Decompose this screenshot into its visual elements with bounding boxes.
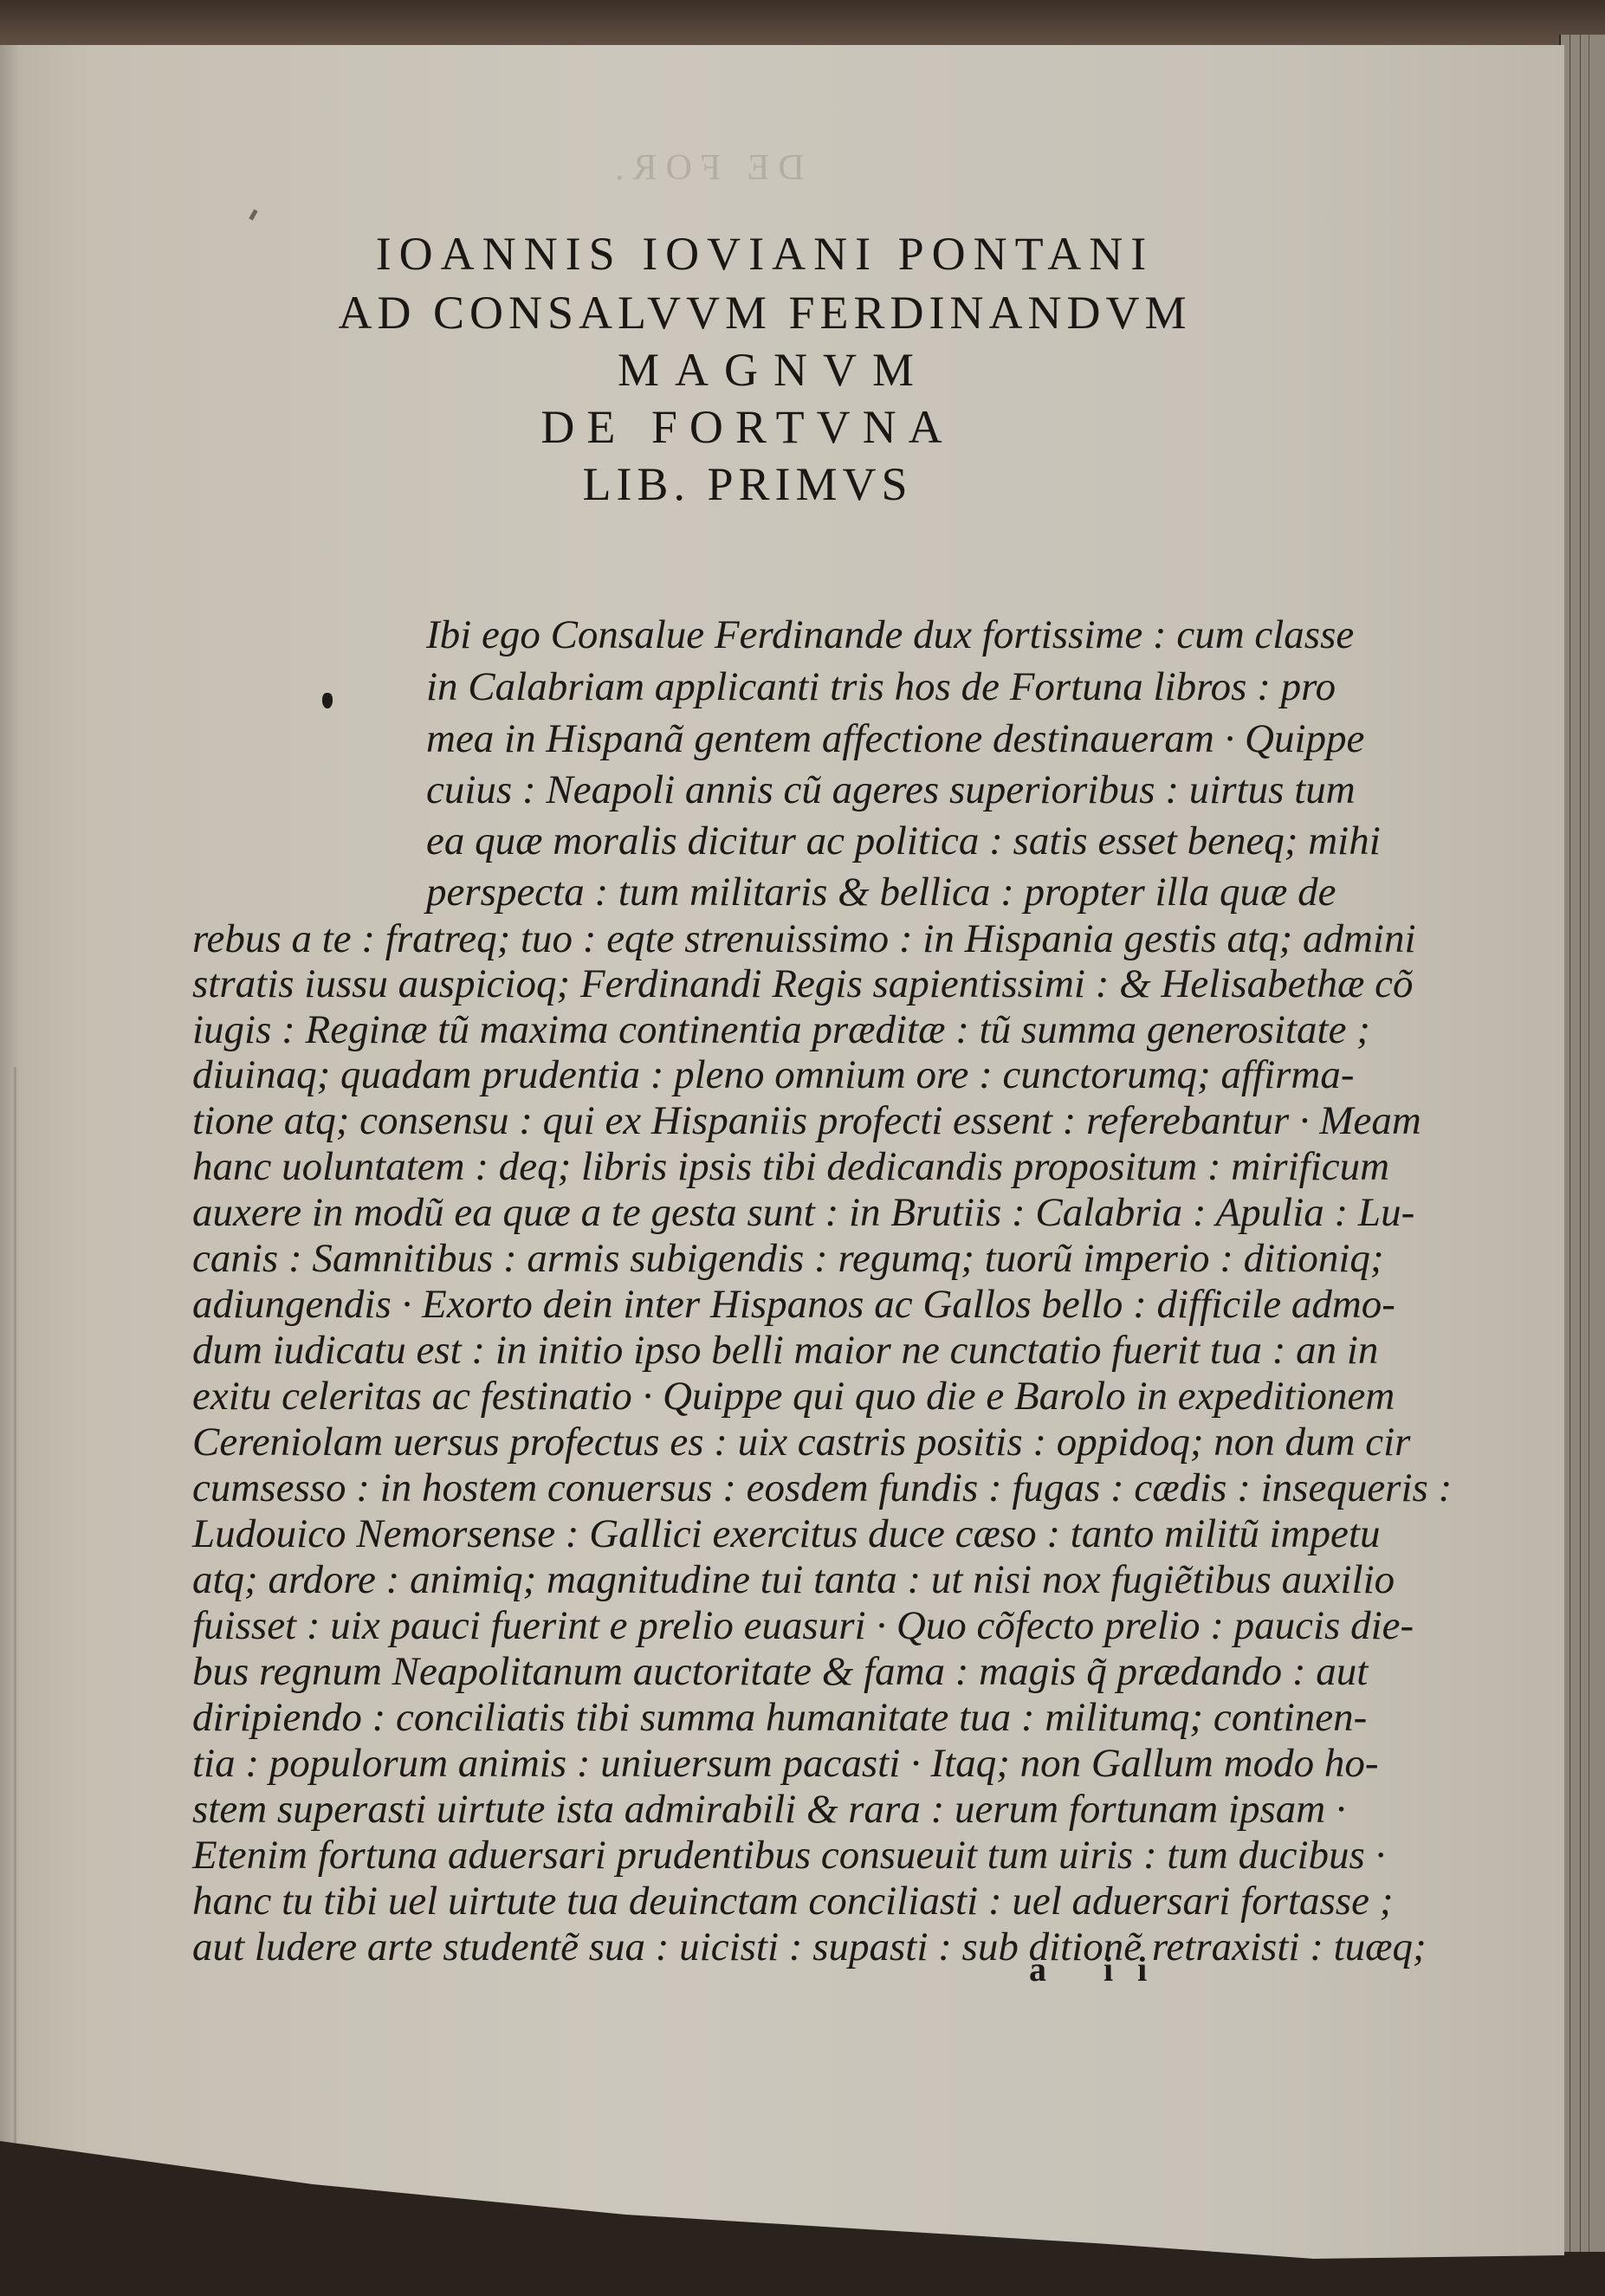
body-line: diuinaq; quadam prudentia : pleno omnium… (192, 1051, 1210, 1098)
body-line: fuisset : uix pauci fuerint e prelio eua… (192, 1602, 1210, 1649)
title-line-5: LIB. PRIMVS (0, 461, 1530, 508)
body-line: cumsesso : in hostem conuersus : eosdem … (192, 1465, 1210, 1511)
body-line: perspecta : tum militaris & bellica : pr… (426, 869, 1210, 915)
body-line: cuius : Neapoli annis cũ ageres superior… (426, 766, 1210, 813)
page-edges (1559, 35, 1605, 2252)
body-line: stratis iussu auspicioq; Ferdinandi Regi… (192, 960, 1210, 1007)
body-line: Cereniolam uersus profectus es : uix cas… (192, 1419, 1210, 1465)
body-line: ea quæ moralis dicitur ac politica : sat… (426, 818, 1210, 864)
guide-letter-mark (322, 693, 333, 708)
body-line: hanc uoluntatem : deq; libris ipsis tibi… (192, 1143, 1210, 1190)
gutter-crease (14, 1067, 16, 2176)
body-line: tia : populorum animis : uniuersum pacas… (192, 1740, 1210, 1787)
body-line: stem superasti uirtute ista admirabili &… (192, 1786, 1210, 1833)
body-line: Ludouico Nemorsense : Gallici exercitus … (192, 1510, 1210, 1557)
signature-mark: a ii (1029, 1949, 1171, 1989)
body-line: in Calabriam applicanti tris hos de Fort… (426, 663, 1210, 710)
body-line: diripiendo : conciliatis tibi summa huma… (192, 1694, 1210, 1741)
body-line: exitu celeritas ac festinatio · Quippe q… (192, 1373, 1210, 1420)
body-line: rebus a te : fratreq; tuo : eqte strenui… (192, 915, 1210, 962)
body-line: canis : Samnitibus : armis subigendis : … (192, 1235, 1210, 1282)
title-line-3: MAGNVM (0, 346, 1556, 393)
body-line: Etenim fortuna aduersari prudentibus con… (192, 1832, 1210, 1879)
body-line: auxere in modũ ea quæ a te gesta sunt : … (192, 1189, 1210, 1236)
body-line: tione atq; consensu : qui ex Hispaniis p… (192, 1097, 1210, 1144)
show-through-text: DE FOR. (606, 147, 805, 189)
title-line-4: DE FORTVNA (0, 404, 1530, 450)
body-line: Ibi ego Consalue Ferdinande dux fortissi… (426, 611, 1210, 658)
body-line: bus regnum Neapolitanum auctoritate & fa… (192, 1648, 1210, 1695)
body-line: atq; ardore : animiq; magnitudine tui ta… (192, 1556, 1210, 1603)
body-line: adiungendis · Exorto dein inter Hispanos… (192, 1281, 1210, 1328)
body-line: dum iudicatu est : in initio ipso belli … (192, 1327, 1210, 1374)
body-line: mea in Hispanã gentem affectione destina… (426, 715, 1210, 762)
body-line: iugis : Reginæ tũ maxima continentia præ… (192, 1006, 1210, 1053)
title-line-1: IOANNIS IOVIANI PONTANI (0, 230, 1547, 277)
title-line-2: AD CONSALVVM FERDINANDVM (0, 289, 1547, 336)
body-line: hanc tu tibi uel uirtute tua deuinctam c… (192, 1878, 1210, 1924)
